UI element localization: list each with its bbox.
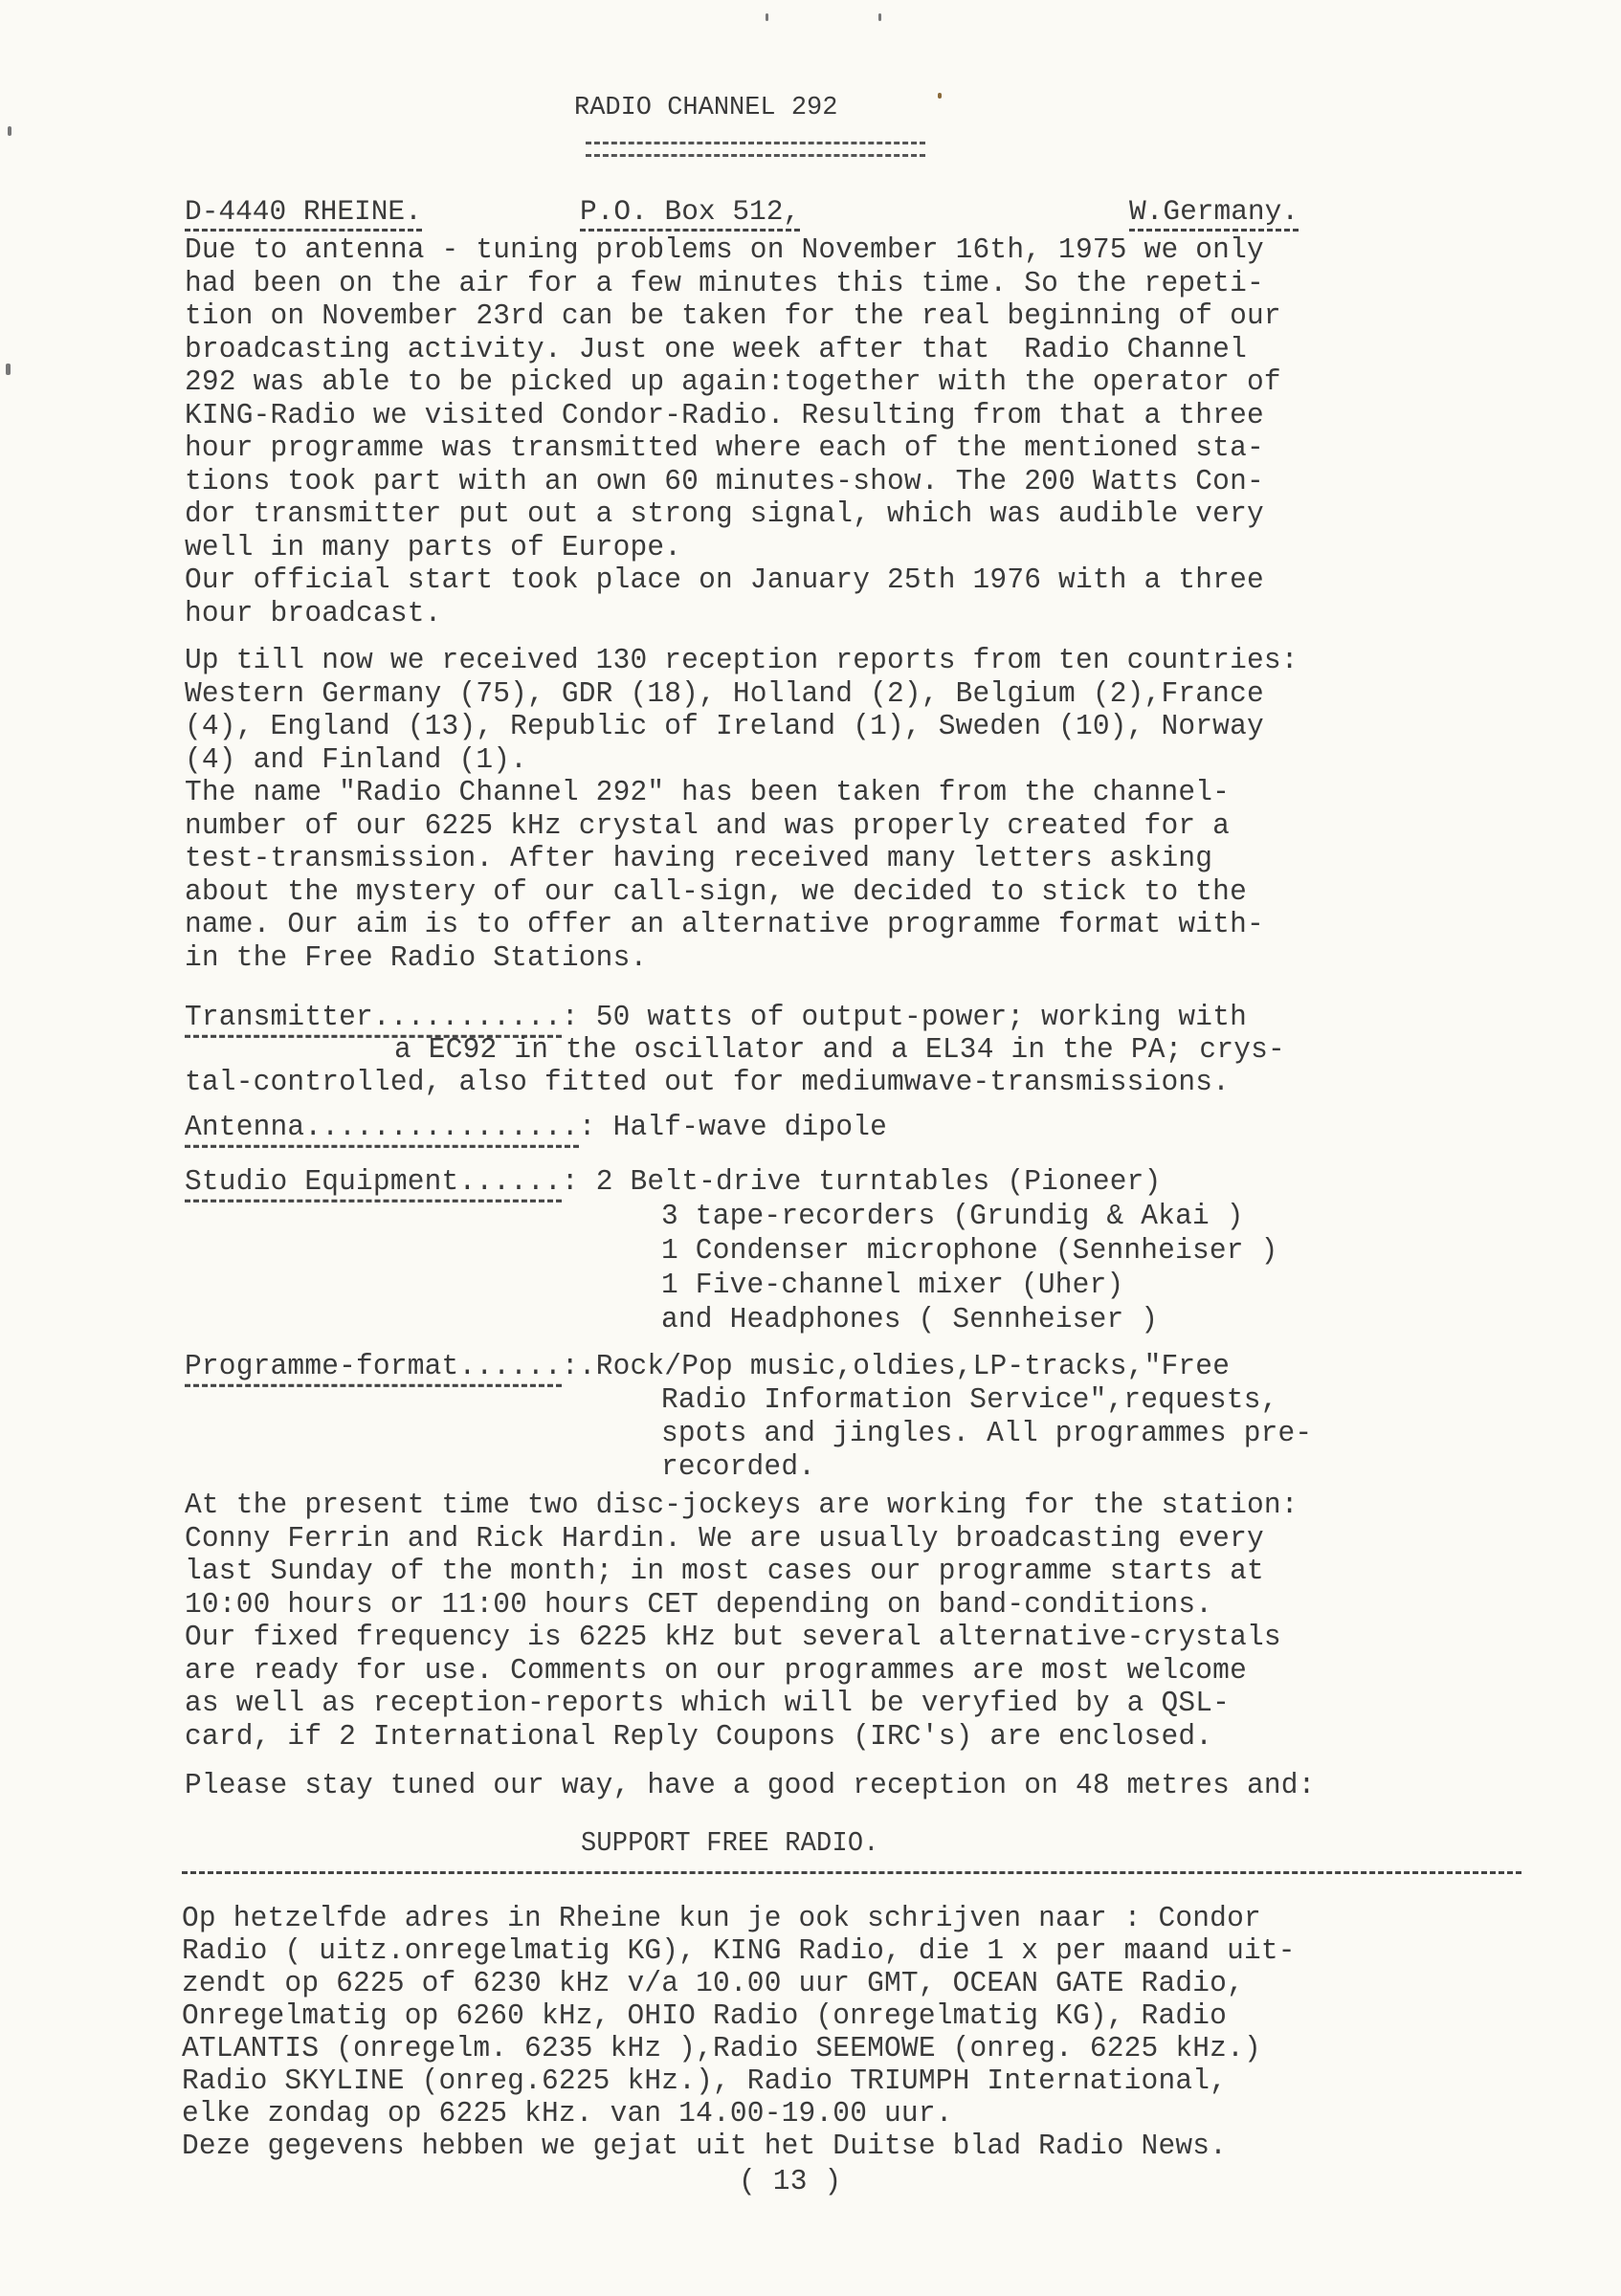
reports-line: (4) and Finland (1).: [185, 742, 527, 777]
schedule-line: Conny Ferrin and Rick Hardin. We are usu…: [185, 1521, 1264, 1556]
reports-line: test-transmission. After having received…: [185, 841, 1212, 875]
reports-line: about the mystery of our call-sign, we d…: [185, 874, 1247, 909]
intro-line: Due to antenna - tuning problems on Nove…: [185, 232, 1264, 267]
spec-label-format: Programme-format......: [185, 1349, 562, 1387]
spec-transmitter-line-3: tal-controlled, also fitted out for medi…: [185, 1065, 1230, 1099]
dutch-line: ATLANTIS (onregelm. 6235 kHz ),Radio SEE…: [182, 2031, 1261, 2065]
schedule-line: card, if 2 International Reply Coupons (…: [185, 1719, 1212, 1754]
schedule-line: At the present time two disc-jockeys are…: [185, 1488, 1299, 1522]
spec-studio: Studio Equipment......: 2 Belt-drive tur…: [185, 1164, 1161, 1199]
spec-label-antenna: Antenna................: [185, 1110, 579, 1148]
spec-format-line-3: spots and jingles. All programmes pre-: [661, 1416, 1312, 1450]
title-double-underline: [586, 142, 925, 157]
intro-line: hour broadcast.: [185, 596, 442, 630]
intro-line: had been on the air for a few minutes th…: [185, 266, 1264, 300]
intro-line: 292 was able to be picked up again:toget…: [185, 364, 1281, 399]
intro-line: dor transmitter put out a strong signal,…: [185, 497, 1264, 531]
spec-transmitter: Transmitter...........: 50 watts of outp…: [185, 1000, 1247, 1034]
section-divider: [182, 1871, 1521, 1874]
intro-line: tions took part with an own 60 minutes-s…: [185, 464, 1264, 498]
spec-studio-line-4: 1 Five-channel mixer (Uher): [661, 1268, 1123, 1302]
schedule-line: 10:00 hours or 11:00 hours CET depending…: [185, 1587, 1212, 1622]
address-country: W.Germany.: [1129, 196, 1299, 232]
reports-line: in the Free Radio Stations.: [185, 940, 647, 975]
intro-line: hour programme was transmitted where eac…: [185, 430, 1264, 465]
reports-line: number of our 6225 kHz crystal and was p…: [185, 808, 1230, 843]
dutch-line: Op hetzelfde adres in Rheine kun je ook …: [182, 1901, 1261, 1935]
reports-line: (4), England (13), Republic of Ireland (…: [185, 709, 1264, 743]
spec-format-line-4: recorded.: [661, 1449, 815, 1484]
paper-speck: [6, 364, 11, 375]
dutch-line: Onregelmatig op 6260 kHz, OHIO Radio (on…: [182, 1998, 1227, 2033]
schedule-line: are ready for use. Comments on our progr…: [185, 1653, 1247, 1688]
paper-speck: [8, 126, 11, 136]
dutch-line: Radio SKYLINE (onreg.6225 kHz.), Radio T…: [182, 2064, 1227, 2098]
page-number: ( 13 ): [739, 2164, 841, 2198]
spec-format-line-2: Radio Information Service",requests,: [661, 1382, 1278, 1417]
spec-studio-line-2: 3 tape-recorders (Grundig & Akai ): [661, 1199, 1244, 1233]
paper-speck: [766, 13, 768, 21]
address-city: D-4440 RHEINE.: [185, 196, 422, 232]
dutch-line: elke zondag op 6225 kHz. van 14.00-19.00…: [182, 2096, 953, 2130]
address-po-box: P.O. Box 512,: [580, 196, 800, 232]
schedule-line: Our fixed frequency is 6225 kHz but seve…: [185, 1620, 1281, 1654]
schedule-line: last Sunday of the month; in most cases …: [185, 1554, 1264, 1588]
intro-line: well in many parts of Europe.: [185, 530, 681, 564]
spec-antenna: Antenna................: Half-wave dipol…: [185, 1110, 887, 1144]
reports-line: name. Our aim is to offer an alternative…: [185, 907, 1264, 941]
spec-format: Programme-format......:.Rock/Pop music,o…: [185, 1349, 1230, 1383]
dutch-line: zendt op 6225 of 6230 kHz v/a 10.00 uur …: [182, 1966, 1244, 2000]
spec-label-studio: Studio Equipment......: [185, 1164, 562, 1203]
schedule-line: as well as reception-reports which will …: [185, 1686, 1230, 1720]
intro-line: Our official start took place on January…: [185, 563, 1264, 597]
dutch-line: Radio ( uitz.onregelmatig KG), KING Radi…: [182, 1933, 1296, 1968]
spec-transmitter-line-2: a EC92 in the oscillator and a EL34 in t…: [394, 1032, 1285, 1067]
intro-line: KING-Radio we visited Condor-Radio. Resu…: [185, 398, 1264, 432]
dutch-line: Deze gegevens hebben we gejat uit het Du…: [182, 2129, 1227, 2163]
reports-line: Up till now we received 130 reception re…: [185, 643, 1299, 677]
paper-speck: [878, 13, 881, 21]
spec-studio-line-3: 1 Condenser microphone (Sennheiser ): [661, 1233, 1278, 1268]
intro-line: broadcasting activity. Just one week aft…: [185, 332, 1247, 366]
closing-line: Please stay tuned our way, have a good r…: [185, 1768, 1316, 1802]
spec-studio-line-5: and Headphones ( Sennheiser ): [661, 1302, 1158, 1336]
document-title: RADIO CHANNEL 292: [574, 94, 837, 122]
paper-speck: [938, 93, 942, 99]
reports-line: The name "Radio Channel 292" has been ta…: [185, 775, 1230, 809]
document-page: RADIO CHANNEL 292 D-4440 RHEINE. P.O. Bo…: [0, 0, 1621, 2296]
reports-line: Western Germany (75), GDR (18), Holland …: [185, 676, 1264, 711]
slogan: SUPPORT FREE RADIO.: [581, 1827, 879, 1862]
intro-line: tion on November 23rd can be taken for t…: [185, 298, 1281, 333]
